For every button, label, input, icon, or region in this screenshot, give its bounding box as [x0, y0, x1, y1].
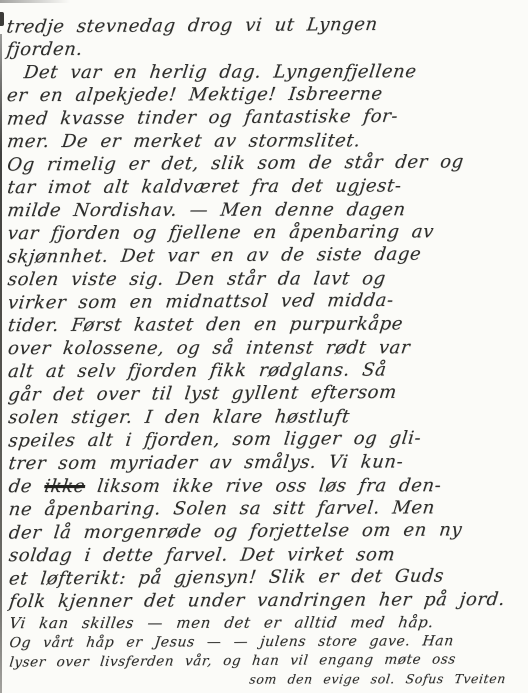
struck-word: ikke — [43, 476, 86, 497]
handwritten-line: Og rimelig er det, slik som de står der … — [6, 151, 528, 178]
handwritten-line: folk kjenner det under vandringen her på… — [8, 589, 528, 614]
scan-edge-artifact — [0, 34, 2, 693]
handwritten-line: et løfterikt: på gjensyn! Slik er det Gu… — [8, 565, 528, 592]
handwritten-line: lyser over livsferden vår, og han vil en… — [8, 651, 528, 673]
handwritten-text: tredje stevnedag drog vi ut Lyngen fjord… — [7, 14, 528, 689]
line-text-post: liksom ikke rive oss løs fra den- — [84, 475, 443, 497]
handwritten-line: ne åpenbaring. Solen sa sitt farvel. Men — [7, 497, 528, 522]
handwritten-line: Det var en herlig dag. Lyngenfjellene — [5, 61, 528, 85]
scan-corner-mark — [0, 12, 4, 26]
handwritten-line: tredje stevnedag drog vi ut Lyngen — [5, 13, 528, 40]
closing-text: som den evige sol. — [249, 671, 407, 686]
manuscript-page: tredje stevnedag drog vi ut Lyngen fjord… — [0, 0, 528, 693]
handwritten-closing-line: som den evige sol. Sofus Tveiten — [8, 671, 528, 689]
handwritten-line: var fjorden og fjellene en åpenbaring av — [6, 221, 528, 246]
handwritten-line: alt at selv fjorden fikk rødglans. Så — [7, 359, 528, 384]
handwritten-line: speiles alt i fjorden, som ligger og gli… — [7, 427, 528, 454]
handwritten-line: med kvasse tinder og fantastiske for- — [6, 105, 528, 132]
handwritten-line-with-correction: de ikke liksom ikke rive oss løs fra den… — [7, 475, 528, 499]
handwritten-line: milde Nordishav. — Men denne dagen — [6, 199, 528, 223]
handwritten-line: Vi kan skilles — men det er alltid med h… — [8, 613, 528, 635]
handwritten-line: over kolossene, og så intenst rødt var — [7, 337, 528, 361]
handwritten-line: tar imot alt kaldværet fra det ugjest- — [6, 175, 528, 200]
signature: Sofus Tveiten — [405, 671, 507, 686]
handwritten-line: trer som myriader av smålys. Vi kun- — [7, 451, 528, 476]
handwritten-line: virker som en midnattsol ved midda- — [6, 289, 528, 316]
handwritten-line: der lå morgenrøde og forjettelse om en n… — [7, 519, 528, 546]
handwritten-line: går det over til lyst gyllent eftersom — [7, 381, 528, 408]
handwritten-line: fjorden. — [5, 37, 528, 62]
handwritten-line: skjønnhet. Det var en av de siste dage — [6, 243, 528, 270]
line-text-pre: de — [7, 476, 45, 497]
handwritten-line: er en alpekjede! Mektige! Isbreerne — [6, 83, 528, 108]
scan-top-smudge — [0, 0, 70, 3]
handwritten-line: tider. Først kastet den en purpurkåpe — [7, 313, 528, 338]
